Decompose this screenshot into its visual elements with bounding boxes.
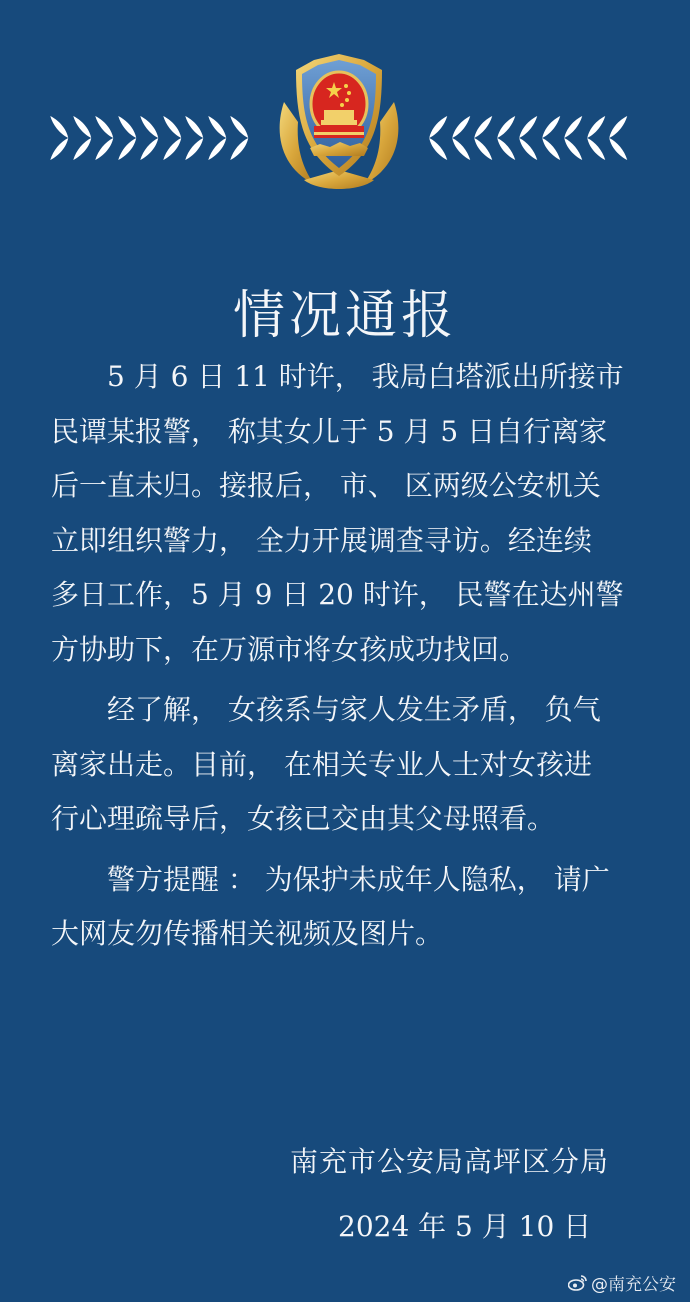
text-line: 多日工作，5 月 9 日 20 时许， 民警在达州警: [51, 568, 661, 623]
text-line: 大网友勿传播相关视频及图片。: [51, 907, 661, 962]
text-line: 民谭某报警， 称其女儿于 5 月 5 日自行离家: [51, 405, 661, 460]
weibo-icon: [568, 1274, 588, 1291]
notice-title: 情况通报: [0, 273, 690, 348]
text-line: 警方提醒 ： 为保护未成年人隐私， 请广: [51, 853, 661, 908]
paragraph-2: 经了解， 女孩系与家人发生矛盾， 负气 离家出走。目前， 在相关专业人士对女孩进…: [51, 683, 661, 847]
text-line: 5 月 6 日 11 时许， 我局白塔派出所接市: [51, 350, 661, 405]
issue-date: 2024 年 5 月 10 日: [338, 1205, 591, 1245]
laurel-left-icon: [48, 112, 251, 164]
text-line: 行心理疏导后，女孩已交由其父母照看。: [51, 792, 661, 847]
weibo-handle: @南充公安: [591, 1270, 676, 1295]
police-badge-icon: [274, 52, 404, 198]
notice-body: 5 月 6 日 11 时许， 我局白塔派出所接市 民谭某报警， 称其女儿于 5 …: [51, 350, 661, 962]
paragraph-3: 警方提醒 ： 为保护未成年人隐私， 请广 大网友勿传播相关视频及图片。: [51, 853, 661, 962]
text-line: 经了解， 女孩系与家人发生矛盾， 负气: [51, 683, 661, 738]
text-line: 方协助下，在万源市将女孩成功找回。: [51, 623, 661, 678]
weibo-watermark: @南充公安: [568, 1270, 676, 1295]
text-line: 离家出走。目前， 在相关专业人士对女孩进: [51, 738, 661, 793]
text-line: 后一直未归。接报后， 市、 区两级公安机关: [51, 459, 661, 514]
emblem-banner: [0, 50, 690, 200]
laurel-right-icon: [427, 112, 630, 164]
paragraph-1: 5 月 6 日 11 时许， 我局白塔派出所接市 民谭某报警， 称其女儿于 5 …: [51, 350, 661, 677]
issuer-signature: 南充市公安局高坪区分局: [290, 1140, 609, 1180]
text-line: 立即组织警力， 全力开展调查寻访。经连续: [51, 514, 661, 569]
